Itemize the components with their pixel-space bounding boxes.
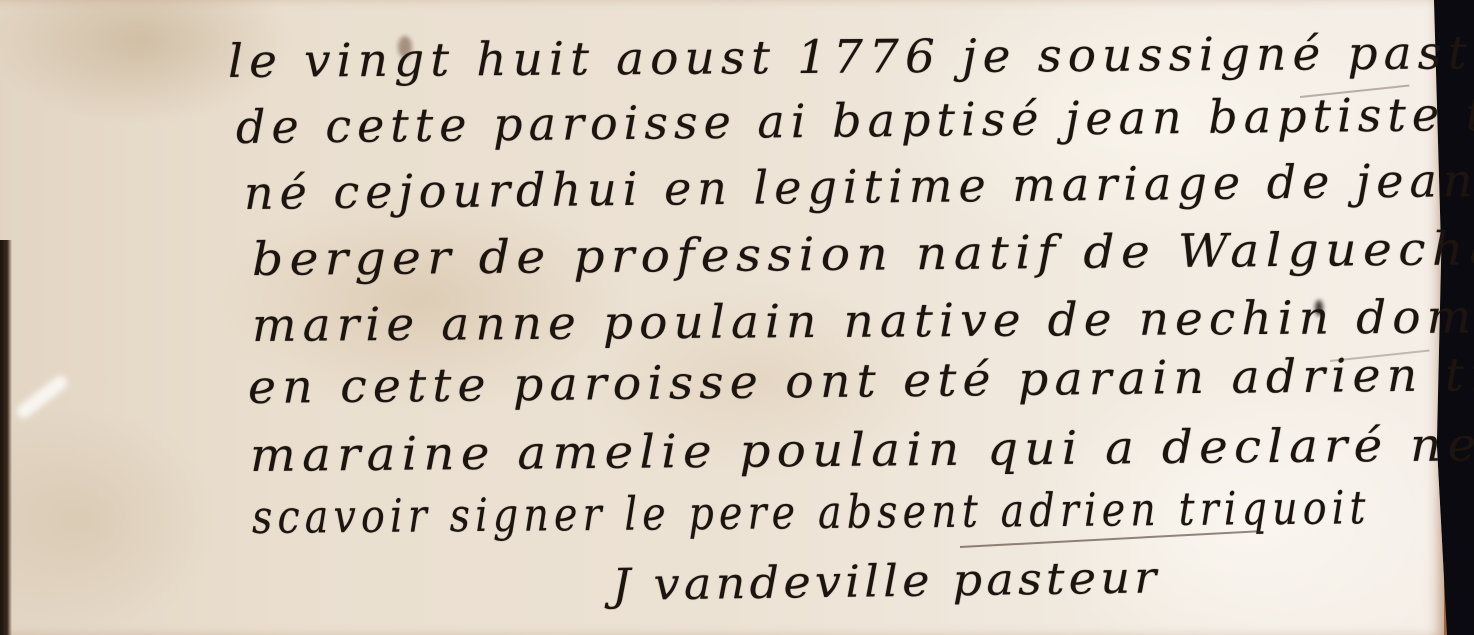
pastor-signature: J vandeville pasteur	[612, 552, 1161, 611]
scanned-manuscript: le vingt huit aoust 1776 je soussigné pa…	[0, 0, 1474, 635]
manuscript-line-3: né cejourdhui en legitime mariage de jea…	[244, 150, 1474, 220]
manuscript-line-6: en cette paroisse ont eté parain adrien …	[248, 345, 1474, 414]
handwritten-text: le vingt huit aoust 1776 je soussigné pa…	[0, 0, 1444, 635]
manuscript-line-1: le vingt huit aoust 1776 je soussigné pa…	[228, 25, 1474, 88]
manuscript-line-4: berger de profession natif de Walguechat…	[252, 219, 1474, 286]
manuscript-line-5: marie anne poulain native de nechin domi…	[252, 288, 1474, 352]
manuscript-line-7: maraine amelie poulain qui a declaré ne	[250, 417, 1474, 482]
manuscript-line-2: de cette paroisse ai baptisé jean baptis…	[236, 85, 1474, 154]
